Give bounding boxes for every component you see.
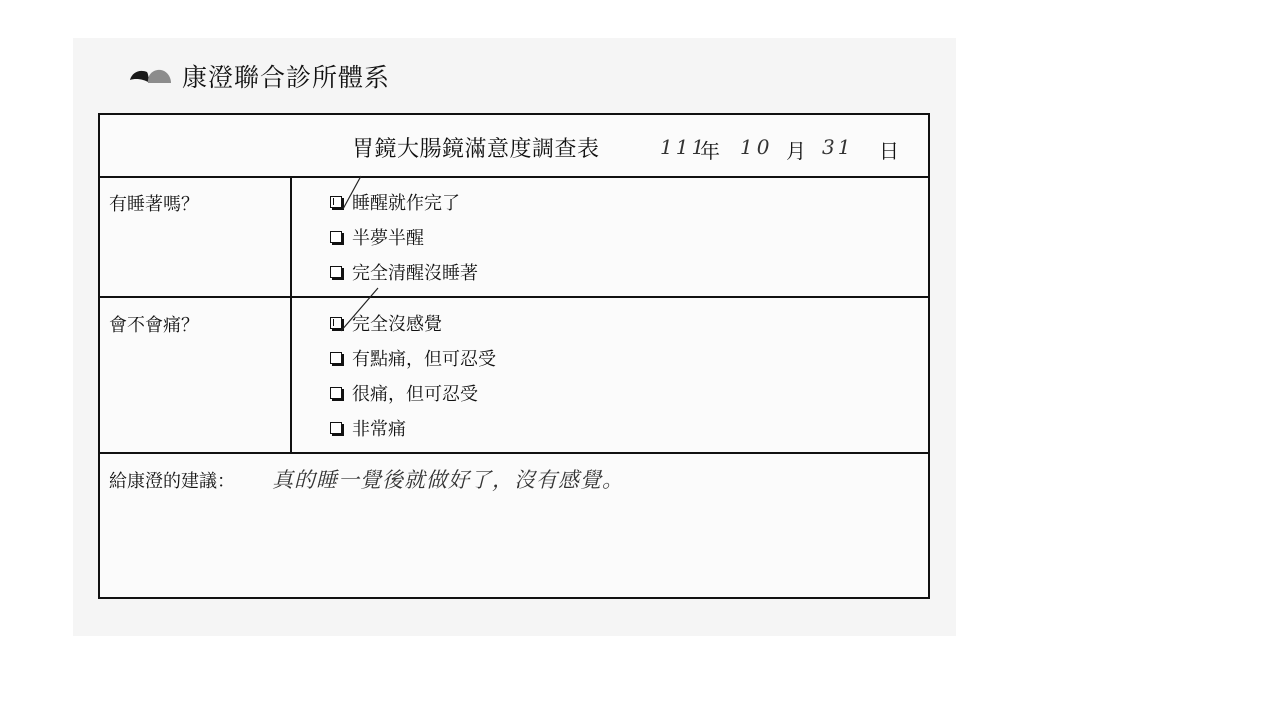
advice-handwritten-text[interactable]: 真的睡一覺後就做好了，沒有感覺。 — [272, 464, 624, 494]
checkbox-icon[interactable] — [330, 352, 342, 364]
checkbox-icon[interactable] — [330, 231, 342, 243]
option-label: 半夢半醒 — [352, 224, 424, 250]
handwritten-check-icon — [340, 287, 380, 333]
option-sleep-1[interactable]: 半夢半醒 — [330, 225, 424, 249]
month-label: 月 — [786, 135, 806, 164]
option-sleep-2[interactable]: 完全清醒沒睡著 — [330, 260, 478, 284]
clinic-name: 康澄聯合診所體系 — [182, 58, 390, 94]
divider-q2 — [100, 452, 928, 454]
handwritten-check-icon — [342, 175, 362, 211]
year-label: 年 — [700, 135, 720, 164]
survey-form: 胃鏡大腸鏡滿意度調查表 111 年 10 月 31 日 有睡著嗎？ 睡醒就作完了… — [98, 113, 930, 599]
clinic-brand: 康澄聯合診所體系 — [128, 58, 390, 94]
question-sleep-label: 有睡著嗎？ — [109, 190, 199, 216]
divider-q1 — [100, 296, 928, 298]
option-label: 很痛，但可忍受 — [352, 380, 478, 406]
day-label: 日 — [879, 135, 899, 164]
day-value[interactable]: 31 — [822, 135, 853, 159]
option-label: 有點痛，但可忍受 — [352, 345, 496, 371]
checkbox-icon[interactable] — [330, 266, 342, 278]
form-title: 胃鏡大腸鏡滿意度調查表 — [352, 132, 600, 163]
checkbox-icon[interactable] — [330, 422, 342, 434]
option-pain-3[interactable]: 非常痛 — [330, 416, 406, 440]
option-pain-2[interactable]: 很痛，但可忍受 — [330, 381, 478, 405]
advice-label: 給康澄的建議： — [109, 467, 235, 493]
checkbox-icon[interactable] — [330, 387, 342, 399]
option-label: 非常痛 — [352, 415, 406, 441]
checkbox-checked-icon[interactable] — [330, 196, 342, 208]
month-value[interactable]: 10 — [740, 135, 773, 159]
option-pain-1[interactable]: 有點痛，但可忍受 — [330, 346, 496, 370]
option-label: 完全清醒沒睡著 — [352, 259, 478, 285]
title-row: 胃鏡大腸鏡滿意度調查表 111 年 10 月 31 日 — [100, 115, 928, 177]
question-pain-label: 會不會痛？ — [109, 311, 199, 337]
twin-hill-logo-icon — [128, 66, 172, 86]
column-divider — [290, 177, 292, 453]
option-label: 睡醒就作完了 — [352, 189, 460, 215]
